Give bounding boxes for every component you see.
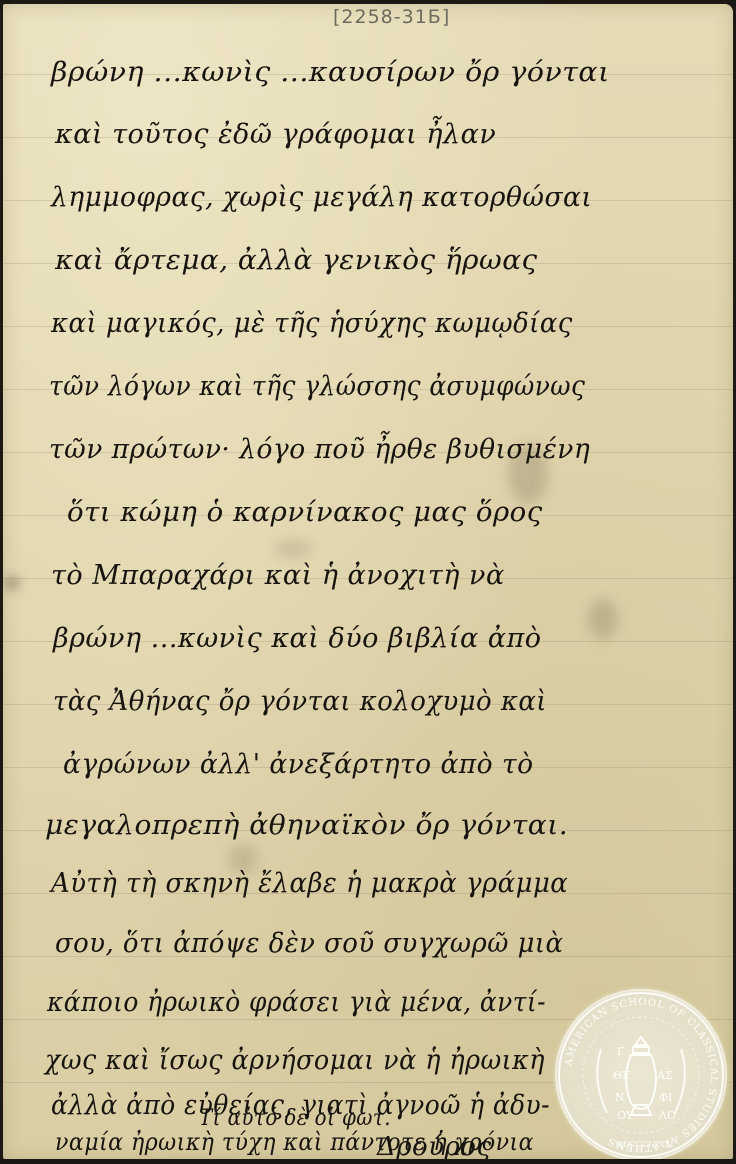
letter-line-15: σου, ὅτι ἀπόψε δὲν σοῦ συγχωρῶ μιὰ [55, 930, 564, 957]
letter-line-13: μεγαλοπρεπὴ ἀθηναϊκὸν ὄρ γόνται. [45, 812, 568, 839]
archive-reference: [2258-31Б] [333, 6, 450, 28]
letter-line-17: χως καὶ ἴσως ἀρνήσομαι νὰ ἡ ἠρωικὴ [45, 1047, 545, 1074]
letter-line-9: τὸ Μπαραχάρι καὶ ἡ ἀνοχιτὴ νὰ [51, 562, 505, 589]
signature: Δρούρος [377, 1134, 492, 1159]
closing-line: Τί αὐτό δὲ οἱ φωτ. [199, 1108, 391, 1130]
letter-line-4: καὶ ἄρτεμα, ἀλλὰ γενικὸς ἥρωας [55, 247, 538, 274]
letter-page: [2258-31Б] βρώνη ...κωνὶς ...καυσίρων ὄρ… [3, 4, 733, 1159]
letter-line-14: Αὐτὴ τὴ σκηνὴ ἔλαβε ἡ μακρὰ γράμμα [51, 870, 568, 897]
letter-line-5: καὶ μαγικός, μὲ τῆς ἡσύχης κωμῳδίας [51, 310, 573, 337]
svg-text:ΘΕ: ΘΕ [613, 1069, 630, 1082]
letter-line-6: τῶν λόγων καὶ τῆς γλώσσης ἀσυμφώνως [49, 373, 585, 400]
letter-line-3: λημμοφρας, χωρὶς μεγάλη κατορθώσαι [51, 184, 592, 211]
letter-line-8: ὅτι κώμη ὁ καρνίνακος μας ὅρος [67, 499, 543, 526]
svg-text:MDCCCLXXXI: MDCCCLXXXI [615, 1140, 674, 1149]
scan-frame: [2258-31Б] βρώνη ...κωνὶς ...καυσίρων ὄρ… [0, 0, 736, 1164]
edge-mark [5, 579, 19, 587]
svg-text:Ν: Ν [615, 1091, 625, 1104]
seal-emblem-icon: AMERICAN SCHOOL OF CLASSICAL STUDIES AT … [555, 989, 727, 1159]
ink-smudge [273, 539, 313, 559]
letter-line-10: βρώνη ...κωνὶς καὶ δύο βιβλία ἀπὸ [53, 625, 542, 652]
svg-text:Γ: Γ [617, 1045, 625, 1058]
svg-text:ΛΟ: ΛΟ [658, 1109, 676, 1122]
letter-line-11: τὰς Ἀθήνας ὄρ γόνται κολοχυμὸ καὶ [53, 688, 547, 715]
embossed-seal: AMERICAN SCHOOL OF CLASSICAL STUDIES AT … [555, 989, 727, 1159]
ink-smudge [588, 599, 618, 639]
svg-text:AMERICAN SCHOOL OF CLASSICAL S: AMERICAN SCHOOL OF CLASSICAL STUDIES AT … [563, 997, 719, 1153]
svg-text:ΦΙ: ΦΙ [659, 1091, 672, 1104]
letter-line-7: τῶν πρώτων· λόγο ποῦ ἦρθε βυθισμένη [49, 436, 590, 463]
svg-text:ΑΣ: ΑΣ [656, 1069, 673, 1082]
letter-line-16: κάποιο ἠρωικὸ φράσει γιὰ μένα, ἀντί- [47, 989, 546, 1016]
svg-text:ΟΥ: ΟΥ [617, 1109, 634, 1122]
letter-line-12: ἀγρώνων ἀλλ' ἀνεξάρτητο ἀπὸ τὸ [63, 751, 534, 778]
letter-line-2: καὶ τοῦτος ἐδῶ γράφομαι ἦλαν [55, 121, 496, 148]
letter-line-1: βρώνη ...κωνὶς ...καυσίρων ὄρ γόνται [51, 59, 610, 86]
